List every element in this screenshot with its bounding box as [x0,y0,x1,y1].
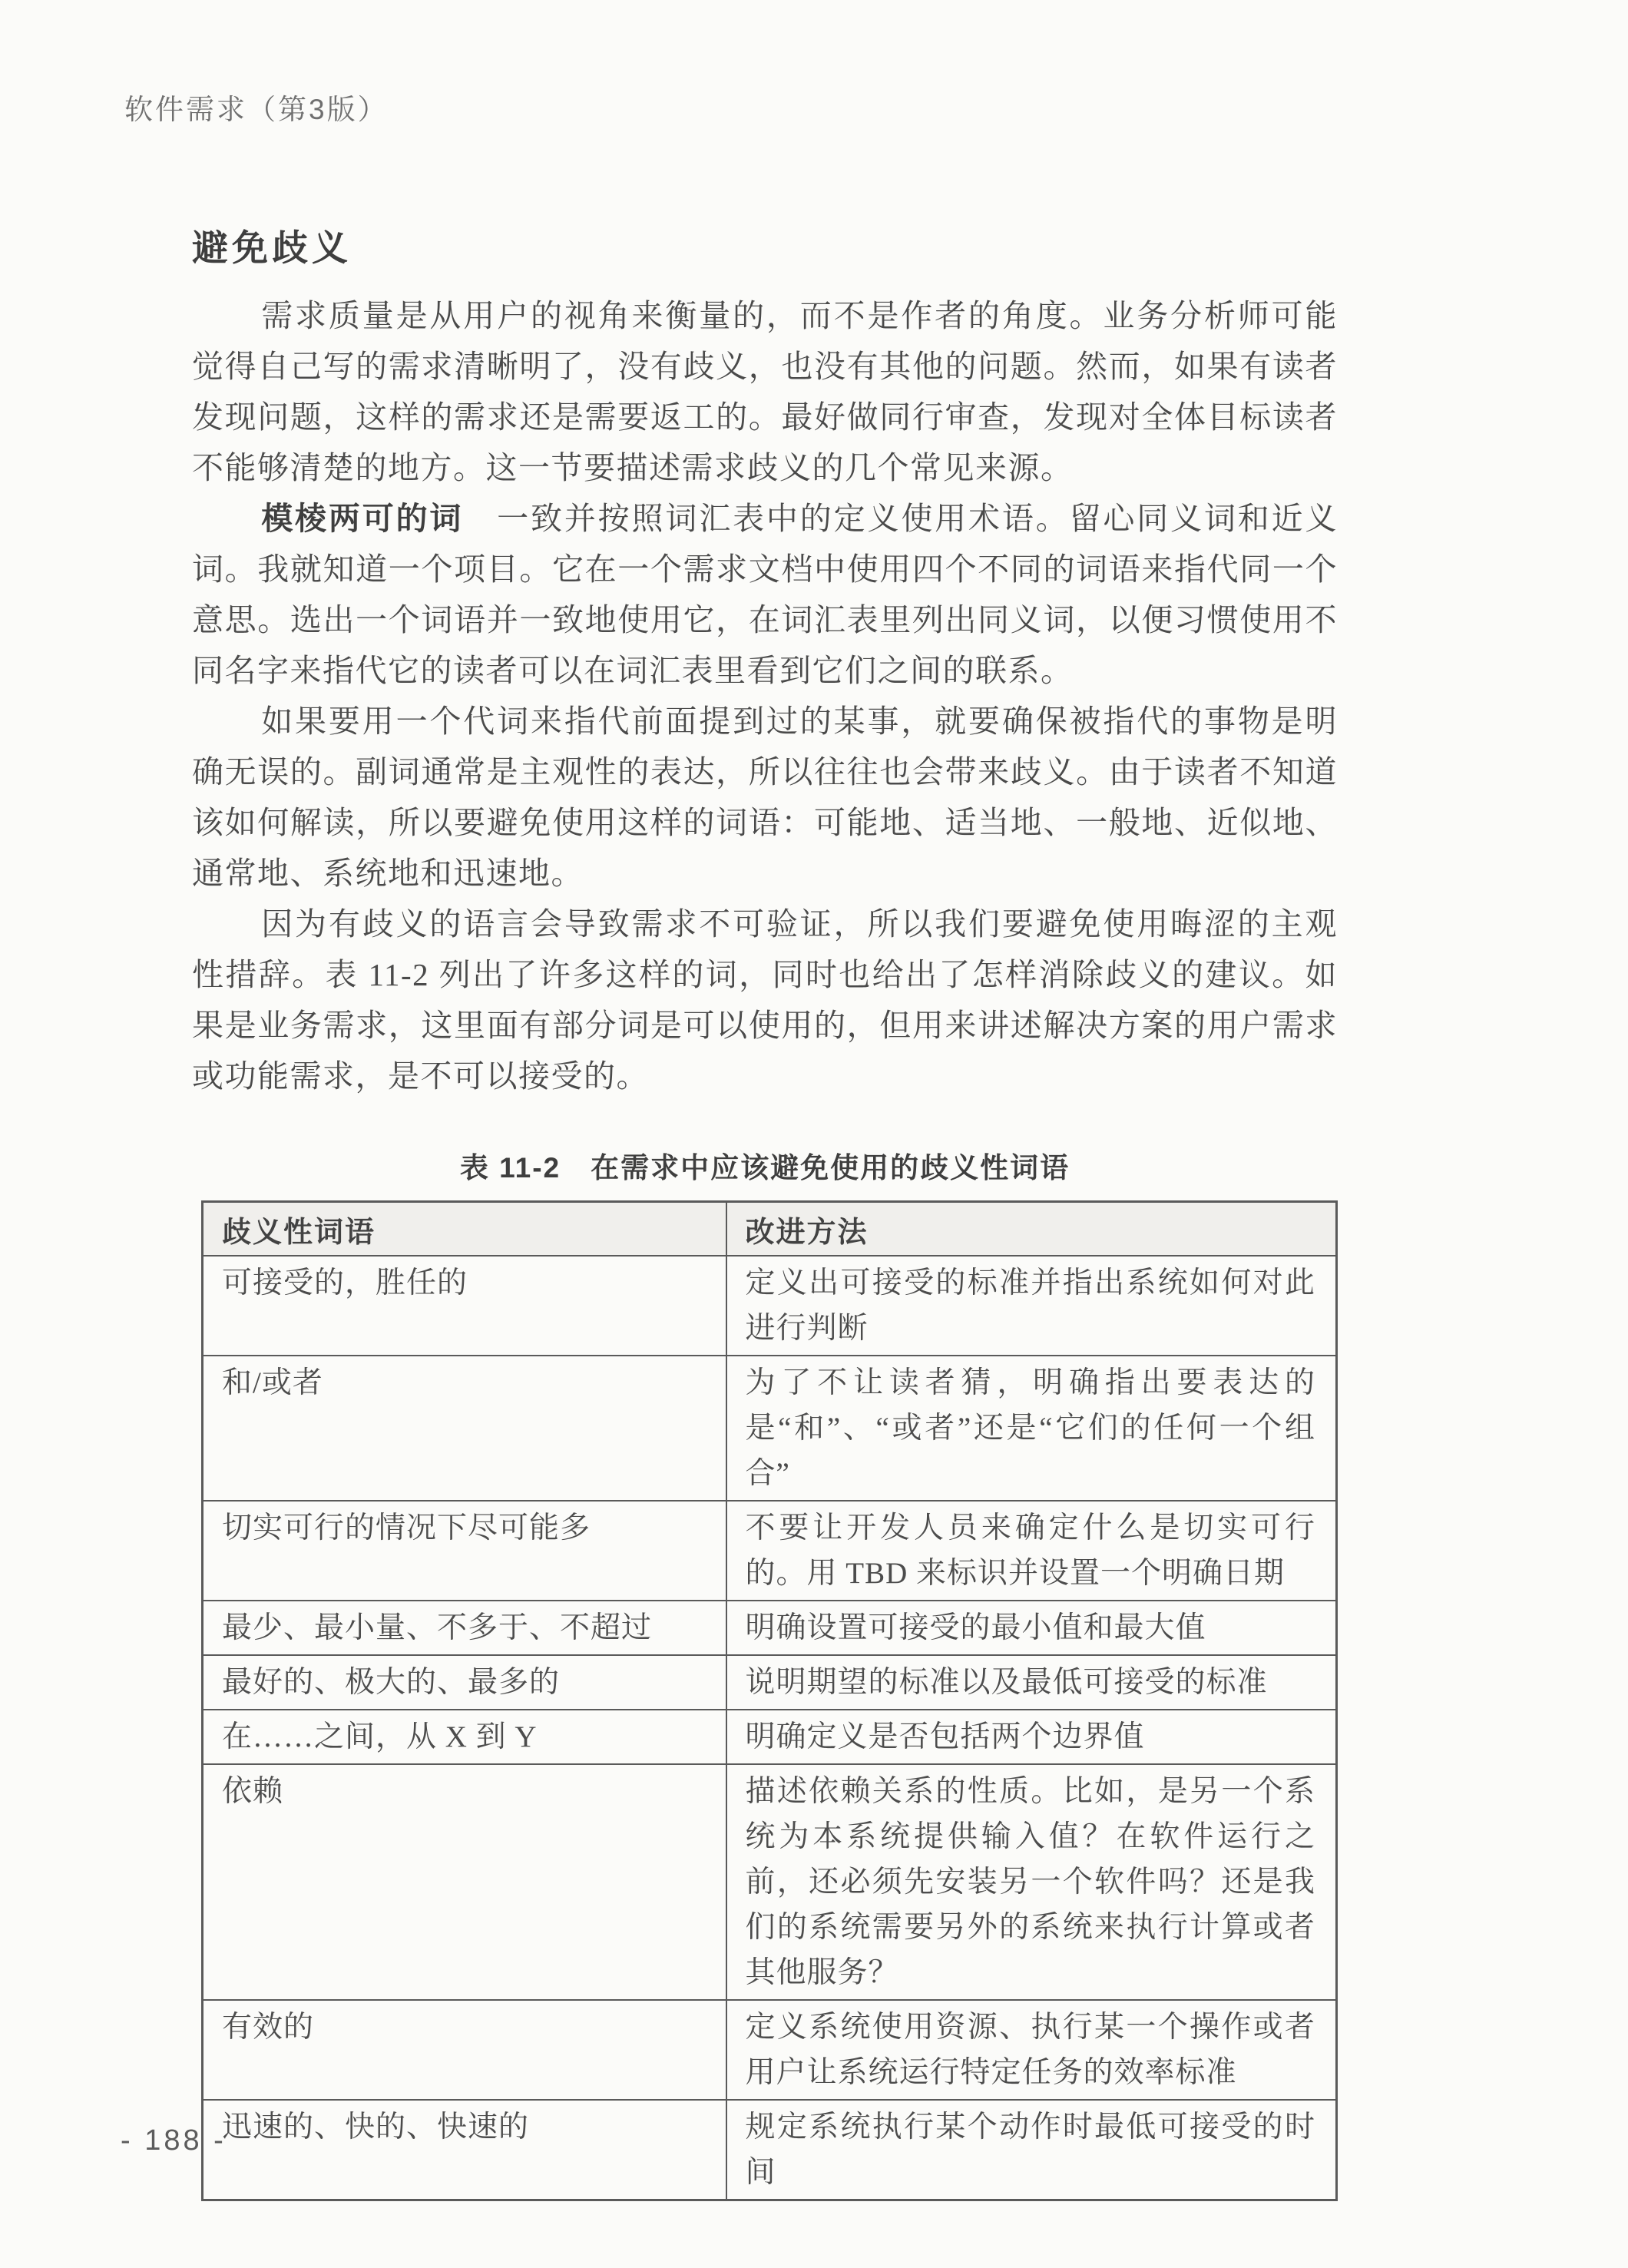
paragraph: 因为有歧义的语言会导致需求不可验证，所以我们要避免使用晦涩的主观性措辞。表 11… [192,899,1338,1101]
table-row: 有效的 定义系统使用资源、执行某一个操作或者用户让系统运行特定任务的效率标准 [203,2000,1337,2100]
improvement-cell: 说明期望的标准以及最低可接受的标准 [726,1655,1337,1710]
paragraph-text: 因为有歧义的语言会导致需求不可验证，所以我们要避免使用晦涩的主观性措辞。表 11… [192,906,1338,1094]
term-cell: 切实可行的情况下尽可能多 [203,1501,726,1601]
term-cell: 迅速的、快的、快速的 [203,2100,726,2200]
improvement-cell: 明确设置可接受的最小值和最大值 [726,1601,1337,1655]
term-cell: 依赖 [203,1764,726,2000]
body-text: 需求质量是从用户的视角来衡量的，而不是作者的角度。业务分析师可能觉得自己写的需求… [192,290,1338,1101]
running-head: 软件需求（第3版） [124,86,389,127]
improvement-cell: 描述依赖关系的性质。比如，是另一个系统为本系统提供输入值？在软件运行之前，还必须… [726,1764,1337,2000]
improvement-cell: 规定系统执行某个动作时最低可接受的时间 [726,2100,1337,2200]
paragraph-text: 如果要用一个代词来指代前面提到过的某事，就要确保被指代的事物是明确无误的。副词通… [192,704,1338,891]
table-row: 最少、最小量、不多于、不超过 明确设置可接受的最小值和最大值 [203,1601,1337,1655]
paragraph: 模棱两可的词 一致并按照词汇表中的定义使用术语。留心同义词和近义词。我就知道一个… [192,493,1338,696]
ambiguous-terms-table: 歧义性词语 改进方法 可接受的，胜任的 定义出可接受的标准并指出系统如何对此进行… [201,1200,1338,2201]
table-row: 迅速的、快的、快速的 规定系统执行某个动作时最低可接受的时间 [203,2100,1337,2200]
term-cell: 有效的 [203,2000,726,2100]
improvement-cell: 不要让开发人员来确定什么是切实可行的。用 TBD 来标识并设置一个明确日期 [726,1501,1337,1601]
term-cell: 在……之间，从 X 到 Y [203,1710,726,1764]
improvement-cell: 定义出可接受的标准并指出系统如何对此进行判断 [726,1256,1337,1356]
section-heading: 避免歧义 [192,220,352,271]
table-row: 可接受的，胜任的 定义出可接受的标准并指出系统如何对此进行判断 [203,1256,1337,1356]
paragraph: 如果要用一个代词来指代前面提到过的某事，就要确保被指代的事物是明确无误的。副词通… [192,696,1338,899]
table-header-row: 歧义性词语 改进方法 [203,1202,1337,1257]
improvement-cell: 明确定义是否包括两个边界值 [726,1710,1337,1764]
term-cell: 最少、最小量、不多于、不超过 [203,1601,726,1655]
table-row: 和/或者 为了不让读者猜，明确指出要表达的是“和”、“或者”还是“它们的任何一个… [203,1356,1337,1501]
term-cell: 和/或者 [203,1356,726,1501]
table-row: 在……之间，从 X 到 Y 明确定义是否包括两个边界值 [203,1710,1337,1764]
book-page: 软件需求（第3版） 避免歧义 需求质量是从用户的视角来衡量的，而不是作者的角度。… [0,0,1628,2268]
term-cell: 最好的、极大的、最多的 [203,1655,726,1710]
paragraph: 需求质量是从用户的视角来衡量的，而不是作者的角度。业务分析师可能觉得自己写的需求… [192,290,1338,493]
page-number: - 188 - [121,2124,227,2157]
paragraph-lead-term: 模棱两可的词 [261,501,463,536]
column-header-term: 歧义性词语 [203,1202,726,1257]
table-caption: 表 11-2 在需求中应该避免使用的歧义性词语 [192,1144,1338,1186]
table-row: 最好的、极大的、最多的 说明期望的标准以及最低可接受的标准 [203,1655,1337,1710]
improvement-cell: 为了不让读者猜，明确指出要表达的是“和”、“或者”还是“它们的任何一个组合” [726,1356,1337,1501]
column-header-improvement: 改进方法 [726,1202,1337,1257]
table-row: 依赖 描述依赖关系的性质。比如，是另一个系统为本系统提供输入值？在软件运行之前，… [203,1764,1337,2000]
improvement-cell: 定义系统使用资源、执行某一个操作或者用户让系统运行特定任务的效率标准 [726,2000,1337,2100]
paragraph-text: 需求质量是从用户的视角来衡量的，而不是作者的角度。业务分析师可能觉得自己写的需求… [192,298,1338,485]
table-row: 切实可行的情况下尽可能多 不要让开发人员来确定什么是切实可行的。用 TBD 来标… [203,1501,1337,1601]
term-cell: 可接受的，胜任的 [203,1256,726,1356]
